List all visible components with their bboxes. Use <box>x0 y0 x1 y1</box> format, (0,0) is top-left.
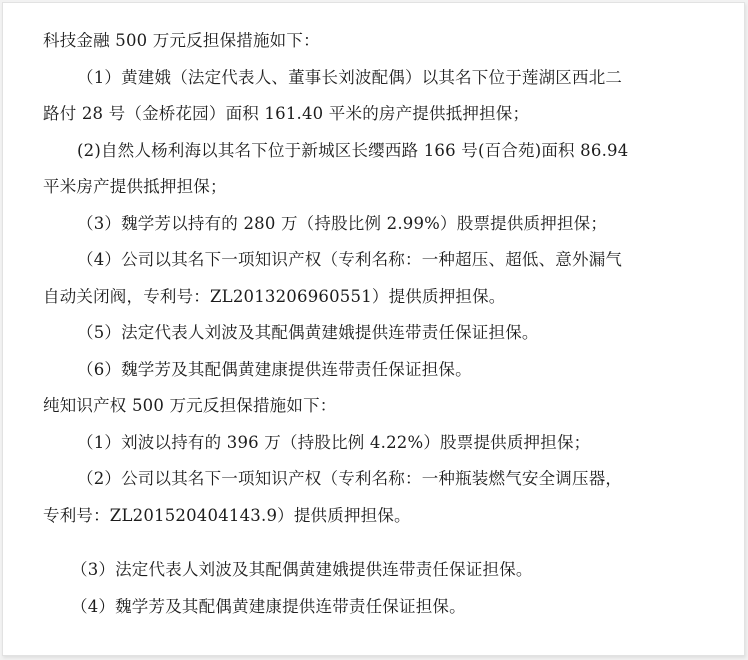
section1-item-4-line1: （4）公司以其名下一项知识产权（专利名称：一种超压、超低、意外漏气 <box>43 242 723 279</box>
section2-tail-items: （3）法定代表人刘波及其配偶黄建娥提供连带责任保证担保。 （4）魏学芳及其配偶黄… <box>43 552 723 625</box>
section1-item-4-line2: 自动关闭阀，专利号：ZL2013206960551）提供质押担保。 <box>43 279 723 316</box>
section2-item-4: （4）魏学芳及其配偶黄建康提供连带责任保证担保。 <box>43 589 723 626</box>
section1-item-5: （5）法定代表人刘波及其配偶黄建娥提供连带责任保证担保。 <box>43 315 723 352</box>
section1-item-2-line1: (2)自然人杨利海以其名下位于新城区长缨西路 166 号(百合苑)面积 86.9… <box>43 133 723 170</box>
section1-item-2-line2: 平米房产提供抵押担保； <box>43 169 723 206</box>
paragraph-gap <box>43 534 723 552</box>
document-card: 科技金融 500 万元反担保措施如下： （1）黄建娥（法定代表人、董事长刘波配偶… <box>2 2 745 656</box>
section2-item-1: （1）刘波以持有的 396 万（持股比例 4.22%）股票提供质押担保； <box>43 425 723 462</box>
section2-item-2-line1: （2）公司以其名下一项知识产权（专利名称：一种瓶装燃气安全调压器， <box>43 461 723 498</box>
section1-heading: 科技金融 500 万元反担保措施如下： <box>43 23 723 60</box>
section2-item-2-line2: 专利号：ZL201520404143.9）提供质押担保。 <box>43 498 723 535</box>
section2-item-3: （3）法定代表人刘波及其配偶黄建娥提供连带责任保证担保。 <box>43 552 723 589</box>
section1-item-6: （6）魏学芳及其配偶黄建康提供连带责任保证担保。 <box>43 352 723 389</box>
document-body: 科技金融 500 万元反担保措施如下： （1）黄建娥（法定代表人、董事长刘波配偶… <box>43 23 723 625</box>
section1-item-1-line2: 路付 28 号（金桥花园）面积 161.40 平米的房产提供抵押担保； <box>43 96 723 133</box>
section1-item-3: （3）魏学芳以持有的 280 万（持股比例 2.99%）股票提供质押担保； <box>43 206 723 243</box>
section2-heading: 纯知识产权 500 万元反担保措施如下： <box>43 388 723 425</box>
section1-item-1-line1: （1）黄建娥（法定代表人、董事长刘波配偶）以其名下位于莲湖区西北二 <box>43 60 723 97</box>
